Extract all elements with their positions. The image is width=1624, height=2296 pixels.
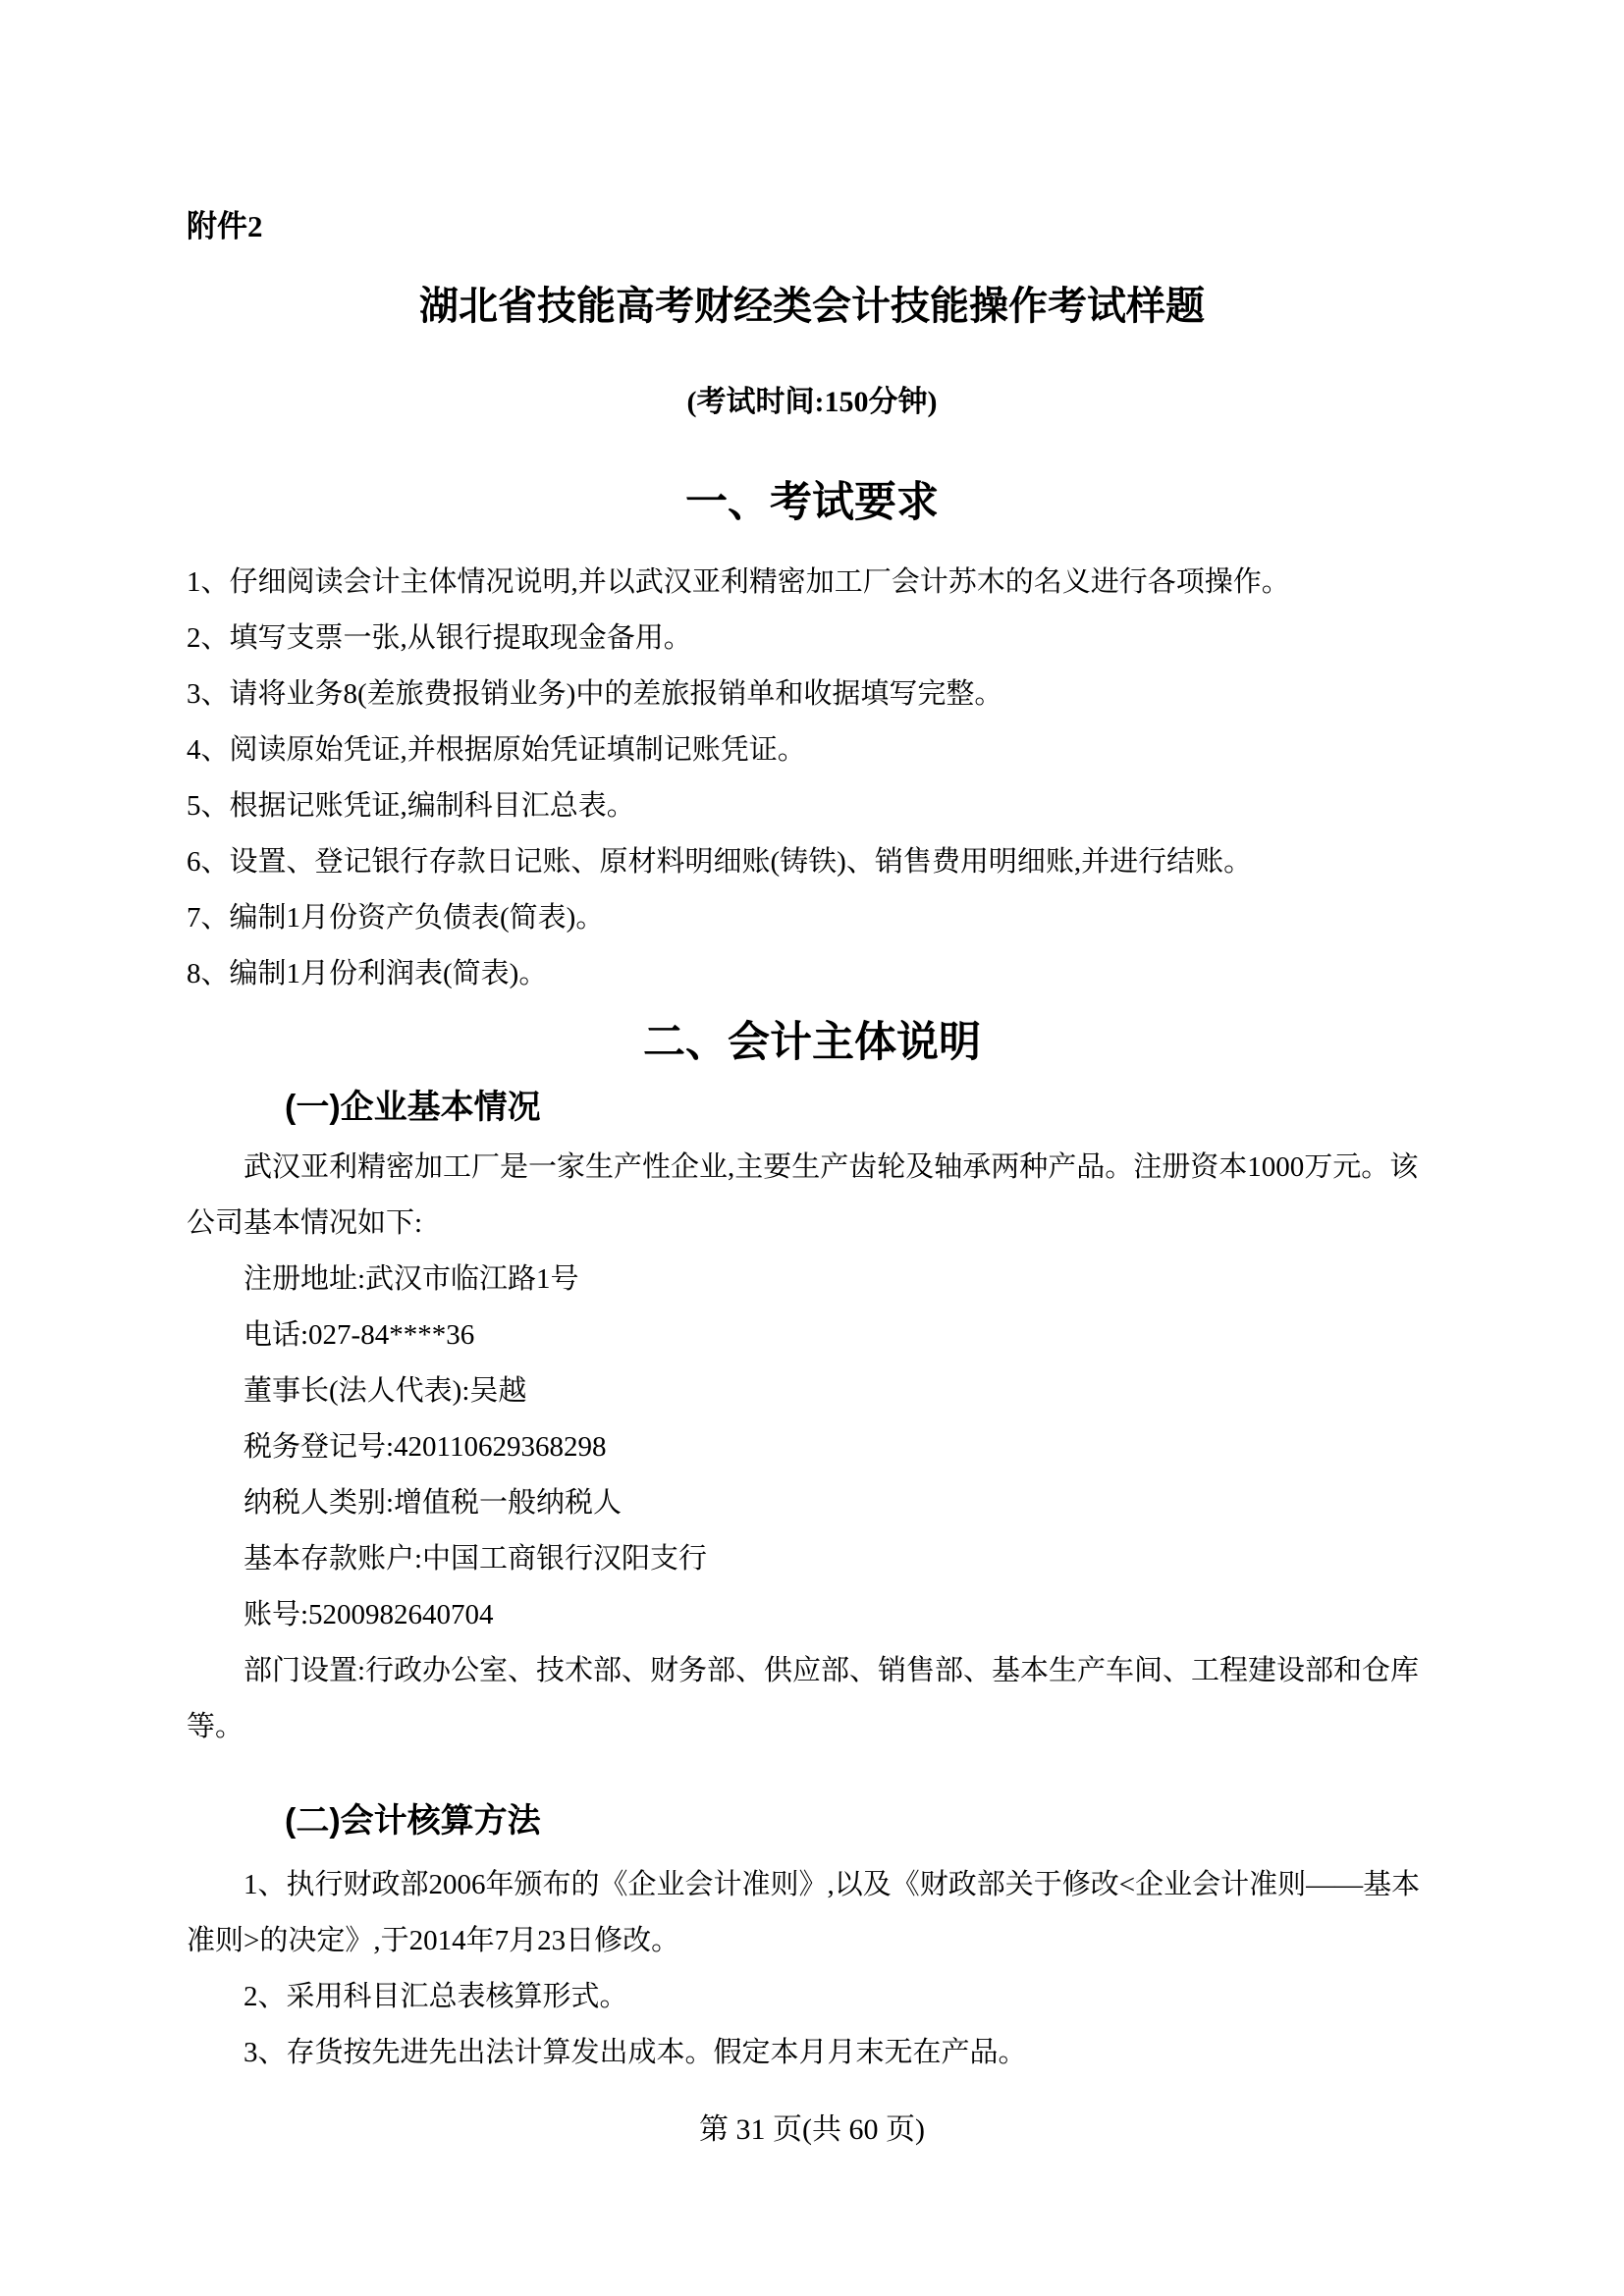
- company-intro-paragraph: 武汉亚利精密加工厂是一家生产性企业,主要生产齿轮及轴承两种产品。注册资本1000…: [187, 1140, 1437, 1252]
- accounting-methods-list: 1、执行财政部2006年颁布的《企业会计准则》,以及《财政部关于修改<企业会计准…: [187, 1857, 1437, 2081]
- subsection-heading-accounting-methods: (二)会计核算方法: [187, 1800, 1437, 1842]
- detail-departments: 部门设置:行政办公室、技术部、财务部、供应部、销售部、基本生产车间、工程建设部和…: [187, 1643, 1437, 1755]
- detail-phone: 电话:027-84****36: [187, 1308, 1437, 1363]
- exam-requirement-item: 4、阅读原始凭证,并根据原始凭证填制记账凭证。: [187, 722, 1437, 778]
- section-heading-exam-requirements: 一、考试要求: [187, 478, 1437, 527]
- exam-requirement-item: 3、请将业务8(差旅费报销业务)中的差旅报销单和收据填写完整。: [187, 667, 1437, 722]
- exam-requirement-item: 2、填写支票一张,从银行提取现金备用。: [187, 611, 1437, 667]
- detail-taxpayer-category: 纳税人类别:增值税一般纳税人: [187, 1475, 1437, 1531]
- attachment-label: 附件2: [187, 209, 1437, 244]
- accounting-method-item: 2、采用科目汇总表核算形式。: [187, 1969, 1437, 2025]
- section-heading-accounting-entity: 二、会计主体说明: [187, 1018, 1437, 1067]
- exam-requirement-item: 6、设置、登记银行存款日记账、原材料明细账(铸铁)、销售费用明细账,并进行结账。: [187, 834, 1437, 890]
- accounting-method-item: 1、执行财政部2006年颁布的《企业会计准则》,以及《财政部关于修改<企业会计准…: [187, 1857, 1437, 1969]
- detail-basic-deposit-account: 基本存款账户:中国工商银行汉阳支行: [187, 1531, 1437, 1587]
- detail-account-number: 账号:5200982640704: [187, 1587, 1437, 1643]
- exam-requirements-list: 1、仔细阅读会计主体情况说明,并以武汉亚利精密加工厂会计苏木的名义进行各项操作。…: [187, 555, 1437, 1002]
- exam-requirement-item: 5、根据记账凭证,编制科目汇总表。: [187, 778, 1437, 834]
- detail-chairman: 董事长(法人代表):吴越: [187, 1363, 1437, 1419]
- document-title: 湖北省技能高考财经类会计技能操作考试样题: [187, 284, 1437, 329]
- accounting-method-item: 3、存货按先进先出法计算发出成本。假定本月月末无在产品。: [187, 2025, 1437, 2081]
- exam-time-line: (考试时间:150分钟): [187, 386, 1437, 419]
- detail-registered-address: 注册地址:武汉市临江路1号: [187, 1252, 1437, 1308]
- exam-requirement-item: 1、仔细阅读会计主体情况说明,并以武汉亚利精密加工厂会计苏木的名义进行各项操作。: [187, 555, 1437, 611]
- detail-tax-registration-number: 税务登记号:420110629368298: [187, 1419, 1437, 1475]
- document-page: 附件2 湖北省技能高考财经类会计技能操作考试样题 (考试时间:150分钟) 一、…: [0, 0, 1624, 2296]
- subsection-heading-basic-info: (一)企业基本情况: [187, 1087, 1437, 1128]
- basic-info-block: 武汉亚利精密加工厂是一家生产性企业,主要生产齿轮及轴承两种产品。注册资本1000…: [187, 1140, 1437, 1755]
- exam-requirement-item: 7、编制1月份资产负债表(简表)。: [187, 890, 1437, 946]
- page-number-footer: 第 31 页(共 60 页): [0, 2112, 1624, 2148]
- exam-requirement-item: 8、编制1月份利润表(简表)。: [187, 946, 1437, 1002]
